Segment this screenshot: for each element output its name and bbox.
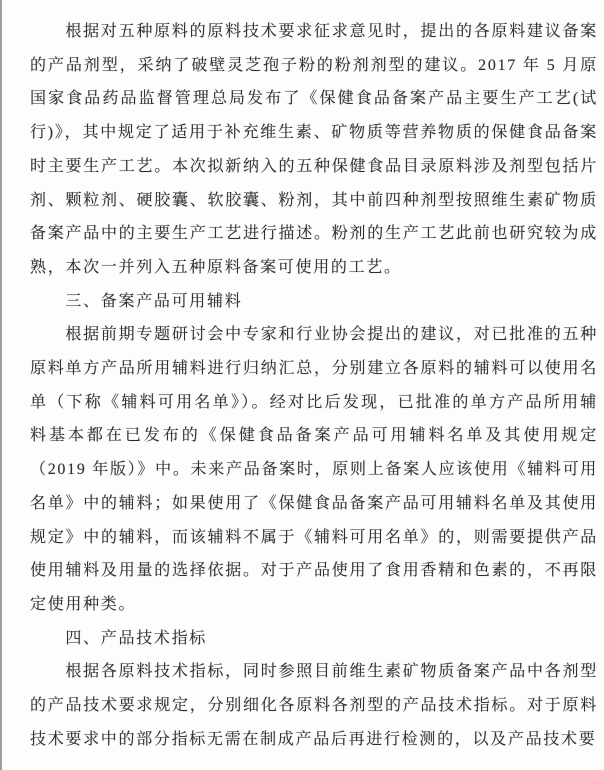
document-page: 根据对五种原料的原料技术要求征求意见时，提出的各原料建议备案的产品剂型，采纳了破… — [0, 0, 604, 770]
page-scan-edge-line — [0, 0, 2, 770]
body-paragraph: 根据对五种原料的原料技术要求征求意见时，提出的各原料建议备案的产品剂型，采纳了破… — [30, 15, 598, 285]
document-text-block: 根据对五种原料的原料技术要求征求意见时，提出的各原料建议备案的产品剂型，采纳了破… — [30, 15, 598, 756]
body-paragraph: 根据前期专题研讨会中专家和行业协会提出的建议，对已批准的五种原料单方产品所用辅料… — [30, 318, 598, 621]
section-heading: 三、备案产品可用辅料 — [30, 285, 598, 319]
body-paragraph: 根据各原料技术指标，同时参照目前维生素矿物质备案产品中各剂型的产品技术要求规定，… — [30, 655, 598, 756]
section-heading: 四、产品技术指标 — [30, 622, 598, 656]
